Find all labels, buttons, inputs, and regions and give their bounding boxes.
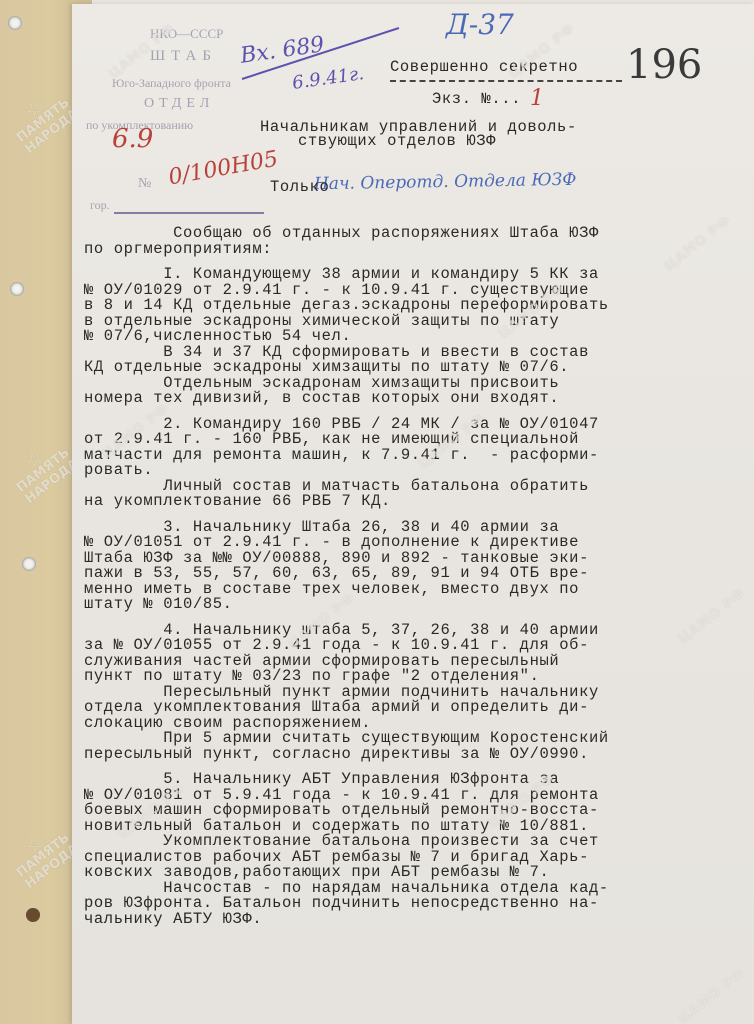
copy-label: Экз. №... (432, 92, 521, 106)
stamp-city-label: гор. (90, 198, 110, 213)
binder-hole (10, 282, 24, 296)
red-reg-number: 0/100Н05 (167, 147, 280, 191)
copy-number: 1 (530, 86, 544, 111)
body-line: Начсостав - по нарядам начальника отдела… (84, 881, 609, 895)
body-line: на укомплектование 66 РВБ 7 КД. (84, 494, 391, 508)
body-line: 4. Начальнику штаба 5, 37, 26, 38 и 40 а… (84, 623, 599, 637)
stamp-dept: ОТДЕЛ (144, 96, 214, 112)
body-line: за № ОУ/01055 от 2.9.41 года - к 10.9.41… (84, 638, 589, 652)
only-to-recipient: Нач. Оперотд. Отдела ЮЗФ (314, 170, 577, 195)
body-line: Пересыльный пункт армии подчинить началь… (84, 685, 599, 699)
body-line: ров ЮЗфронта. Батальон подчинить непосре… (84, 896, 599, 910)
body-line: новительный батальон и содержать по штат… (84, 819, 589, 833)
watermark-tsamo: ЦАМО РФ (676, 586, 748, 647)
watermark-pamyat-naroda: ☆ ПАМЯТЬ НАРОДА (6, 435, 82, 507)
body-line: 3. Начальнику Штаба 26, 38 и 40 армии за (84, 520, 559, 534)
body-line: Сообщаю об отданных распоряжениях Штаба … (84, 226, 599, 240)
body-line: пункт по штату № 03/23 по графе "2 отдел… (84, 669, 539, 683)
body-line: Укомплектование батальона произвести за … (84, 834, 599, 848)
body-line: номера тех дивизий, в состав которых они… (84, 391, 559, 405)
watermark-tsamo: ЦАМО РФ (662, 213, 734, 274)
body-line: в отдельные эскадроны химической защиты … (84, 314, 559, 328)
body-line: № ОУ/01051 от 2.9.41 г. - в дополнение к… (84, 535, 579, 549)
body-line: чальнику АБТУ ЮЗФ. (84, 912, 262, 926)
body-line: слокацию своим распоряжением. (84, 716, 371, 730)
body-line: При 5 армии считать существующим Коросте… (84, 731, 609, 745)
watermark-pamyat-naroda: ☆ ПАМЯТЬ НАРОДА (6, 820, 82, 892)
body-line: штату № 010/85. (84, 597, 233, 611)
watermark-pamyat-naroda: ☆ ПАМЯТЬ НАРОДА (6, 85, 82, 157)
binder-hole (26, 908, 40, 922)
body-line: ровать. (84, 463, 153, 477)
addressee-line2: ствующих отделов ЮЗФ (298, 134, 496, 148)
body-line: № 07/6,численностью 54 чел. (84, 329, 351, 343)
body-line: 5. Начальнику АБТ Управления ЮЗфронта за (84, 772, 559, 786)
stamp-underline (114, 212, 264, 214)
body-line: отдела укомплектования Штаба армий и опр… (84, 700, 589, 714)
stamp-number-label: № (138, 176, 151, 192)
red-date: 6.9 (112, 124, 153, 154)
stamp-front: Юго-Западного фронта (112, 76, 231, 91)
incoming-number: Вх. 689 (239, 32, 326, 69)
body-line: Отдельным эскадронам химзащиты присвоить (84, 376, 559, 390)
only-label: Только (270, 180, 329, 194)
body-line: служивания частей армии сформировать пер… (84, 654, 559, 668)
body-line: Штаба ЮЗФ за №№ ОУ/00888, 890 и 892 - та… (84, 551, 589, 565)
body-line: матчасти для ремонта машин, к 7.9.41 г. … (84, 448, 599, 462)
body-line: пажи в 53, 55, 57, 60, 63, 65, 89, 91 и … (84, 566, 589, 580)
body-line: специалистов рабочих АБТ рембазы № 7 и б… (84, 850, 589, 864)
body-line: пересыльный пункт, согласно директивы за… (84, 747, 589, 761)
body-line: по оргмероприятиям: (84, 242, 272, 256)
body-line: от 2.9.41 г. - 160 РВБ, как не имеющий с… (84, 432, 579, 446)
classification-underline (390, 80, 622, 82)
binder-hole (22, 557, 36, 571)
page-number: 196 (626, 42, 702, 88)
archive-code: Д-37 (446, 8, 514, 41)
body-line: № ОУ/01029 от 2.9.41 г. - к 10.9.41 г. с… (84, 283, 589, 297)
body-line: I. Командующему 38 армии и командиру 5 К… (84, 267, 599, 281)
stamp-staff: ШТАБ (150, 48, 217, 65)
body-line: менно иметь в составе трех человек, вмес… (84, 582, 579, 596)
body-line: ковских заводов,работающих при АБТ ремба… (84, 865, 549, 879)
body-line: КД отдельные эскадроны химзащиты по штат… (84, 360, 569, 374)
binder-hole (8, 16, 22, 30)
incoming-date: 6.9.41г. (291, 63, 365, 94)
document-sheet: НКО—СССР ШТАБ Юго-Западного фронта ОТДЕЛ… (72, 4, 754, 1024)
classification: Совершенно секретно (390, 60, 578, 74)
body-line: В 34 и 37 КД сформировать и ввести в сос… (84, 345, 589, 359)
body-line: Личный состав и матчасть батальона обрат… (84, 479, 589, 493)
watermark-tsamo: ЦАМО РФ (676, 966, 748, 1024)
